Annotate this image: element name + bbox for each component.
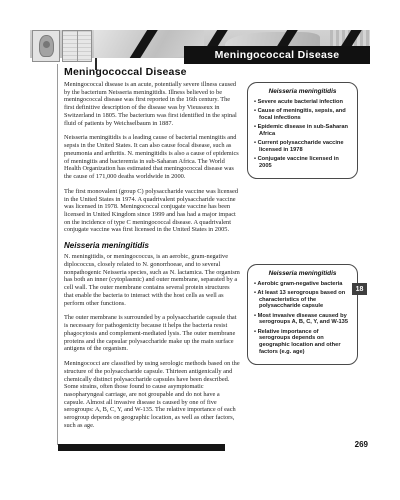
summary-bullet: At least 13 serogroups based on characte… [254,290,351,310]
chapter-number: 18 [356,286,364,293]
section-paragraph: Meningococci are classified by using ser… [64,360,240,430]
footer-bar [58,444,225,451]
section-paragraph: The outer membrane is surrounded by a po… [64,314,240,353]
summary-bullet: Severe acute bacterial infection [254,99,351,106]
summary-box-organism: Neisseria meningitidis Aerobic gram-nega… [247,264,358,365]
summary-bullet-list: Aerobic gram-negative bacteria At least … [254,281,351,356]
summary-bullet: Conjugate vaccine licensed in 2005 [254,156,351,169]
summary-bullet-list: Severe acute bacterial infection Cause o… [254,99,351,170]
summary-box-title: Neisseria meningitidis [254,270,351,277]
summary-bullet: Cause of meningitis, sepsis, and focal i… [254,108,351,121]
main-text-column: Meningococcal Disease Meningococcal dise… [64,66,240,437]
tally-sheet-icon [62,30,92,62]
page-number: 269 [338,440,368,449]
summary-bullet: Relative importance of serogroups depend… [254,329,351,356]
banner-title: Meningococcal Disease [215,49,340,61]
summary-bullet: Most invasive disease caused by serogrou… [254,313,351,326]
section-heading: Neisseria meningitidis [64,241,240,250]
specimen-micrograph-icon [32,30,60,62]
left-margin-rule [57,64,58,445]
summary-bullet: Current polysaccharide vaccine licensed … [254,140,351,153]
chapter-title-banner: Meningococcal Disease [184,46,370,64]
summary-box-title: Neisseria meningitidis [254,88,351,95]
body-paragraph: The first monovalent (group C) polysacch… [64,188,240,234]
intro-paragraph: Meningococcal disease is an acute, poten… [64,81,240,127]
summary-bullet: Aerobic gram-negative bacteria [254,281,351,288]
summary-box-overview: Neisseria meningitidis Severe acute bact… [247,82,358,179]
page-title: Meningococcal Disease [64,66,240,78]
body-paragraph: Neisseria meningitidis is a leading caus… [64,134,240,180]
summary-bullet: Epidemic disease in sub-Saharan Africa [254,124,351,137]
section-paragraph: N. meningitidis, or meningococcus, is an… [64,253,240,307]
chapter-tab: 18 [352,283,367,295]
page-header: Meningococcal Disease [30,30,370,66]
